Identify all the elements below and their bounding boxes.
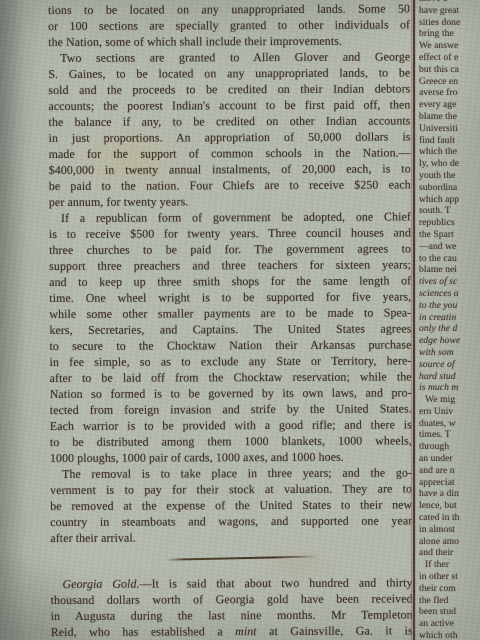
text-line: have a din xyxy=(419,488,480,500)
text-segment: and are n xyxy=(419,465,455,476)
text-line: in Augusta during the last nine months. … xyxy=(51,606,413,624)
text-segment: or 100 sections are specially granted to… xyxy=(48,17,410,33)
text-line: effect of e xyxy=(419,52,480,64)
text-segment: find fault xyxy=(419,135,455,146)
text-segment: made for the support of common schools i… xyxy=(49,145,411,161)
text-segment: in just proportions. An appropriation of… xyxy=(49,129,411,145)
text-segment: support three preachers and three teache… xyxy=(49,257,411,273)
adjacent-column-lines: move ahave greatsities donebring theWe a… xyxy=(419,0,480,640)
text-line: Greece en xyxy=(419,76,480,88)
text-line: blame the xyxy=(419,111,480,123)
text-line: sities done xyxy=(419,17,480,29)
text-line: an under xyxy=(419,453,480,465)
text-line: is much m xyxy=(419,382,480,394)
text-line: is to receive $500 for twenty years. Thr… xyxy=(49,224,411,242)
text-line: been stud xyxy=(419,606,480,618)
text-line: the fled xyxy=(419,595,480,607)
text-line: bring the xyxy=(419,28,480,40)
text-segment: tected from foreign invasion and strife … xyxy=(50,401,412,417)
text-segment: The removal is to take place in three ye… xyxy=(62,465,412,481)
text-line: while some other smaller payments are to… xyxy=(49,304,411,322)
text-segment: effect of e xyxy=(419,52,458,63)
text-segment: every age xyxy=(419,99,456,110)
text-segment: their com xyxy=(419,583,456,594)
treaty-article-column: tions to be located on any unappropriate… xyxy=(48,0,413,640)
text-line: Georgia Gold.—It is said that about two … xyxy=(51,574,413,592)
text-line: to be distributed among them 1000 blanke… xyxy=(50,432,412,450)
italic-text-segment: with som xyxy=(419,347,454,358)
text-segment: blame nei xyxy=(419,264,457,275)
text-segment: which the xyxy=(419,146,457,157)
text-line: per annum, for twenty years. xyxy=(49,192,411,210)
text-line: the Nation, some of which shall include … xyxy=(48,32,410,50)
text-segment: after to be laid off from the Chocktaw r… xyxy=(50,369,412,385)
text-segment: republics xyxy=(419,217,455,228)
text-line: Nation so formed is to be governed by it… xyxy=(50,384,412,402)
text-line: in almost xyxy=(419,524,480,536)
text-segment: after their arrival. xyxy=(50,531,136,545)
text-line: to the cau xyxy=(419,253,480,265)
text-segment: and their xyxy=(419,547,453,558)
text-segment: If a republican form of government be ad… xyxy=(61,209,411,225)
text-line: in other st xyxy=(419,571,480,583)
text-line: but this ca xyxy=(419,64,480,76)
text-segment: S. Gaines, to be located on any unapprop… xyxy=(48,65,410,81)
text-segment: country in steamboats and wagons, and su… xyxy=(50,513,412,529)
article-separator-rule xyxy=(165,556,315,561)
page-edge-shadow xyxy=(0,0,26,640)
text-line: youth the xyxy=(419,170,480,182)
italic-text-segment: Georgia Gold. xyxy=(63,577,140,591)
text-segment: Each warrior is to be provided with a go… xyxy=(50,417,412,433)
text-line: vernment is to pay for their stock at va… xyxy=(50,480,412,498)
text-line: subordina xyxy=(419,182,480,194)
text-line: tected from foreign invasion and strife … xyxy=(50,400,412,418)
text-line: every age xyxy=(419,99,480,111)
text-line: an active xyxy=(419,618,480,630)
text-segment: at Gainsville, Ga. it is xyxy=(257,623,413,638)
text-segment: per annum, for twenty years. xyxy=(49,194,189,209)
text-line: thousand dollars worth of Georgia gold h… xyxy=(51,590,413,608)
text-line: or 100 sections are specially granted to… xyxy=(48,16,410,34)
text-line: Each warrior is to be provided with a go… xyxy=(50,416,412,434)
text-segment: which oth xyxy=(419,630,458,640)
text-line: If ther xyxy=(419,559,480,571)
text-segment: to be distributed among them 1000 blanke… xyxy=(50,433,412,449)
text-line: which the xyxy=(419,146,480,158)
text-line: tives of sc xyxy=(419,276,480,288)
text-segment: vernment is to pay for their stock at va… xyxy=(50,481,412,497)
text-segment: —It is said that about two hundred and t… xyxy=(140,575,413,590)
text-segment: be removed at the expense of the United … xyxy=(50,497,412,513)
text-line: The removal is to take place in three ye… xyxy=(50,464,412,482)
text-segment: the balance if any, to be credited on ot… xyxy=(48,113,410,129)
text-segment: through xyxy=(419,441,449,452)
text-segment: but this ca xyxy=(419,64,459,75)
text-line: $400,000 in twenty annual instalments, o… xyxy=(49,160,411,178)
text-segment: —and we xyxy=(419,241,456,252)
text-segment: sities done xyxy=(419,17,460,28)
text-segment: the fled xyxy=(419,595,448,606)
text-line: country in steamboats and wagons, and su… xyxy=(50,512,412,530)
text-line: and to keep up three smith shops for the… xyxy=(49,272,411,290)
text-segment: ern Univ xyxy=(419,406,453,417)
text-segment: times. T xyxy=(419,429,451,440)
text-segment: in fee simple, so as to exclude any Stat… xyxy=(50,353,412,369)
text-line: to the you xyxy=(419,300,480,312)
newspaper-photo: tions to be located on any unappropriate… xyxy=(0,0,480,640)
text-segment: appreciat xyxy=(419,477,455,488)
text-line: with som xyxy=(419,347,480,359)
text-segment: Two sections are granted to Allen Glover… xyxy=(60,49,410,65)
text-line: republics xyxy=(419,217,480,229)
text-segment: bring the xyxy=(419,28,454,39)
text-segment: If ther xyxy=(425,559,449,570)
text-line: If a republican form of government be ad… xyxy=(49,208,411,226)
text-line: hard stud xyxy=(419,371,480,383)
text-line: Two sections are granted to Allen Glover… xyxy=(48,48,410,66)
text-segment: accounts; the poorest Indian's account t… xyxy=(48,97,410,113)
text-segment: in almost xyxy=(419,524,455,535)
text-line: appreciat xyxy=(419,477,480,489)
italic-text-segment: mint xyxy=(235,624,257,638)
text-line: tions to be located on any unappropriate… xyxy=(48,0,410,18)
text-segment: duates, w xyxy=(419,418,456,429)
treaty-article-lines: tions to be located on any unappropriate… xyxy=(48,0,412,546)
text-line: in just proportions. An appropriation of… xyxy=(49,128,411,146)
text-segment: We mig xyxy=(425,394,455,405)
text-segment: to the cau xyxy=(419,253,457,264)
text-line: support three preachers and three teache… xyxy=(49,256,411,274)
text-line: sciences a xyxy=(419,288,480,300)
text-segment: subordina xyxy=(419,182,457,193)
adjacent-column-fragment: move ahave greatsities donebring theWe a… xyxy=(419,0,480,640)
text-line: their com xyxy=(419,583,480,595)
text-line: edge howe xyxy=(419,335,480,347)
text-segment: tions to be located on any unappropriate… xyxy=(48,1,410,17)
text-segment: kers, Secretaries, and Captains. The Uni… xyxy=(49,321,411,337)
text-segment: to secure to the Chocktaw Nation their A… xyxy=(49,337,411,353)
text-segment: been stud xyxy=(419,606,456,617)
text-segment: and to keep up three smith shops for the… xyxy=(49,273,411,289)
text-segment: have great xyxy=(419,5,459,16)
text-segment: thousand dollars worth of Georgia gold h… xyxy=(51,591,413,607)
text-segment: while some other smaller payments are to… xyxy=(49,305,411,321)
text-line: lence, but xyxy=(419,500,480,512)
text-segment: be paid to the nation. Four Chiefs are t… xyxy=(49,177,411,193)
italic-text-segment: source of xyxy=(419,359,455,370)
text-line: We answe xyxy=(419,40,480,52)
text-segment: an under xyxy=(419,453,453,464)
text-line: cated in th xyxy=(419,512,480,524)
text-line: made for the support of common schools i… xyxy=(49,144,411,162)
italic-text-segment: is much m xyxy=(419,382,458,393)
text-line: ly, who de xyxy=(419,158,480,170)
text-line: have great xyxy=(419,5,480,17)
text-segment: have a din xyxy=(419,488,459,499)
text-line: blame nei xyxy=(419,264,480,276)
text-line: Universiti xyxy=(419,123,480,135)
text-segment: the Nation, some of which shall include … xyxy=(48,34,342,49)
italic-text-segment: hard stud xyxy=(419,371,456,382)
georgia-gold-lines: Georgia Gold.—It is said that about two … xyxy=(51,574,413,640)
italic-text-segment: tives of sc xyxy=(419,276,457,287)
text-segment: which app xyxy=(419,194,459,205)
text-segment: alone amo xyxy=(419,536,459,547)
text-line: which app xyxy=(419,194,480,206)
text-line: source of xyxy=(419,359,480,371)
text-segment: south. T xyxy=(419,205,451,216)
text-segment: Greece en xyxy=(419,76,458,87)
column-divider-rule xyxy=(413,0,415,640)
text-segment: blame the xyxy=(419,111,457,122)
text-line: which oth xyxy=(419,630,480,640)
text-segment: youth the xyxy=(419,170,455,181)
text-segment: cated in th xyxy=(419,512,460,523)
text-segment: time. One wheel wright is to be supporte… xyxy=(49,289,411,305)
text-line: south. T xyxy=(419,205,480,217)
text-line: be removed at the expense of the United … xyxy=(50,496,412,514)
text-segment: Nation so formed is to be governed by it… xyxy=(50,385,412,401)
text-line: times. T xyxy=(419,429,480,441)
text-line: the balance if any, to be credited on ot… xyxy=(48,112,410,130)
text-segment: is to receive $500 for twenty years. Thr… xyxy=(49,225,411,241)
italic-text-segment: to the you xyxy=(419,300,457,311)
text-segment: Reid, who has established a xyxy=(51,624,235,639)
text-segment: ly, who de xyxy=(419,158,459,169)
text-line: and are n xyxy=(419,465,480,477)
text-line: the Spart xyxy=(419,229,480,241)
text-line: be paid to the nation. Four Chiefs are t… xyxy=(49,176,411,194)
text-line: only the d xyxy=(419,323,480,335)
text-line: Reid, who has established a mint at Gain… xyxy=(51,622,413,640)
text-line: ern Univ xyxy=(419,406,480,418)
text-segment: move a xyxy=(419,0,447,4)
text-line: alone amo xyxy=(419,536,480,548)
text-line: in fee simple, so as to exclude any Stat… xyxy=(50,352,412,370)
text-segment: sold and the proceeds to be credited on … xyxy=(48,81,410,97)
text-line: in creatin xyxy=(419,312,480,324)
text-line: duates, w xyxy=(419,418,480,430)
text-line: find fault xyxy=(419,135,480,147)
italic-text-segment: only the d xyxy=(419,323,457,334)
text-line: through xyxy=(419,441,480,453)
italic-text-segment: in creatin xyxy=(419,312,456,323)
text-segment: an active xyxy=(419,618,454,629)
text-line: —and we xyxy=(419,241,480,253)
text-segment: the Spart xyxy=(419,229,454,240)
text-line: We mig xyxy=(419,394,480,406)
text-line: three churches to be paid for. The gover… xyxy=(49,240,411,258)
text-line: sold and the proceeds to be credited on … xyxy=(48,80,410,98)
text-line: to secure to the Chocktaw Nation their A… xyxy=(49,336,411,354)
text-line: and their xyxy=(419,547,480,559)
text-line: kers, Secretaries, and Captains. The Uni… xyxy=(49,320,411,338)
text-segment: three churches to be paid for. The gover… xyxy=(49,241,411,257)
text-segment: 1000 ploughs, 1000 pair of cards, 1000 a… xyxy=(50,450,344,465)
text-line: 1000 ploughs, 1000 pair of cards, 1000 a… xyxy=(50,448,412,466)
text-line: S. Gaines, to be located on any unapprop… xyxy=(48,64,410,82)
text-segment: $400,000 in twenty annual instalments, o… xyxy=(49,161,411,177)
text-line: averse fro xyxy=(419,87,480,99)
italic-text-segment: sciences a xyxy=(419,288,459,299)
text-line: after their arrival. xyxy=(50,528,412,546)
text-line: accounts; the poorest Indian's account t… xyxy=(48,96,410,114)
text-segment: in other st xyxy=(419,571,458,582)
italic-text-segment: edge howe xyxy=(419,335,460,346)
text-line: after to be laid off from the Chocktaw r… xyxy=(50,368,412,386)
text-segment: We answe xyxy=(419,40,458,51)
text-segment: lence, but xyxy=(419,500,457,511)
column-divider-red-line xyxy=(411,0,412,640)
text-line: time. One wheel wright is to be supporte… xyxy=(49,288,411,306)
text-segment: in Augusta during the last nine months. … xyxy=(51,607,413,623)
text-segment: Universiti xyxy=(419,123,458,134)
text-segment: averse fro xyxy=(419,87,458,98)
